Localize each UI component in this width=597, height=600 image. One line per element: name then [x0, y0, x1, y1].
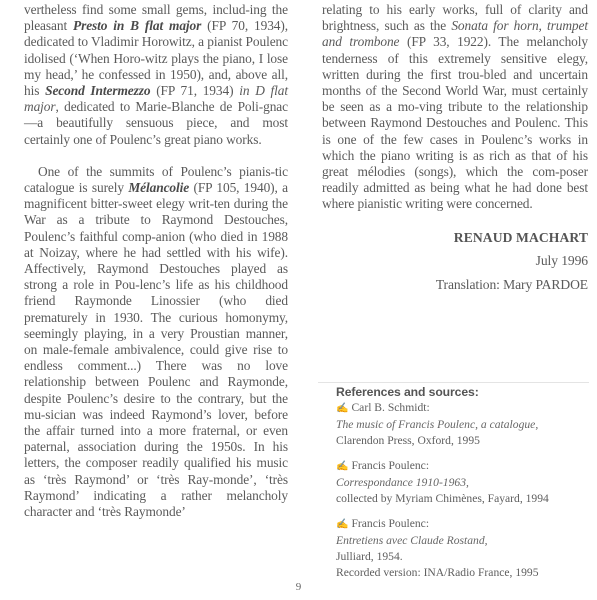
pencil-icon: ✍	[336, 519, 348, 530]
work-title-presto: Presto in B flat major	[73, 18, 201, 33]
reference-author: Francis Poulenc:	[351, 459, 429, 472]
reference-item: ✍Francis Poulenc: Correspondance 1910-19…	[336, 458, 591, 507]
reference-item: ✍Carl B. Schmidt: The music of Francis P…	[336, 400, 591, 449]
reference-title: Correspondance 1910-1963,	[336, 476, 469, 489]
references-section: References and sources: ✍Carl B. Schmidt…	[336, 384, 591, 590]
reference-author: Carl B. Schmidt:	[351, 401, 429, 414]
reference-author: Francis Poulenc:	[351, 517, 429, 530]
reference-details: Julliard, 1954.	[336, 549, 591, 565]
text: (FP 33, 1922). The melancholy tenderness…	[322, 34, 588, 211]
references-heading: References and sources:	[336, 384, 591, 400]
reference-details: Clarendon Press, Oxford, 1995	[336, 433, 591, 449]
text: , dedicated to Marie-Blanche de Poli-gna…	[24, 99, 288, 146]
right-column: relating to his early works, full of cla…	[322, 2, 588, 300]
left-column: vertheless find some small gems, includ-…	[24, 2, 288, 520]
text: (FP 105, 1940), a magnificent bitter-swe…	[24, 180, 288, 519]
paragraph-piano-gems: vertheless find some small gems, includ-…	[24, 2, 288, 148]
author-name: RENAUD MACHART	[322, 230, 588, 247]
pencil-icon: ✍	[336, 403, 348, 414]
text: (FP 71, 1934)	[150, 83, 239, 98]
references-divider	[318, 382, 589, 383]
reference-details: collected by Myriam Chimènes, Fayard, 19…	[336, 491, 591, 507]
reference-title: The music of Francis Poulenc, a catalogu…	[336, 418, 538, 431]
reference-details: Recorded version: INA/Radio France, 1995	[336, 565, 591, 581]
paragraph-elegy: relating to his early works, full of cla…	[322, 2, 588, 213]
signature-block: RENAUD MACHART July 1996 Translation: Ma…	[322, 230, 588, 294]
pencil-icon: ✍	[336, 461, 348, 472]
article-date: July 1996	[322, 253, 588, 270]
paragraph-melancolie: One of the summits of Poulenc’s pianis-t…	[24, 164, 288, 520]
reference-title: Entretiens avec Claude Rostand,	[336, 534, 488, 547]
work-title-second-intermezzo: Second Intermezzo	[45, 83, 150, 98]
page-number: 9	[0, 581, 597, 593]
translator-credit: Translation: Mary PARDOE	[322, 277, 588, 294]
work-title-melancolie: Mélancolie	[128, 180, 189, 195]
reference-item: ✍Francis Poulenc: Entretiens avec Claude…	[336, 516, 591, 581]
